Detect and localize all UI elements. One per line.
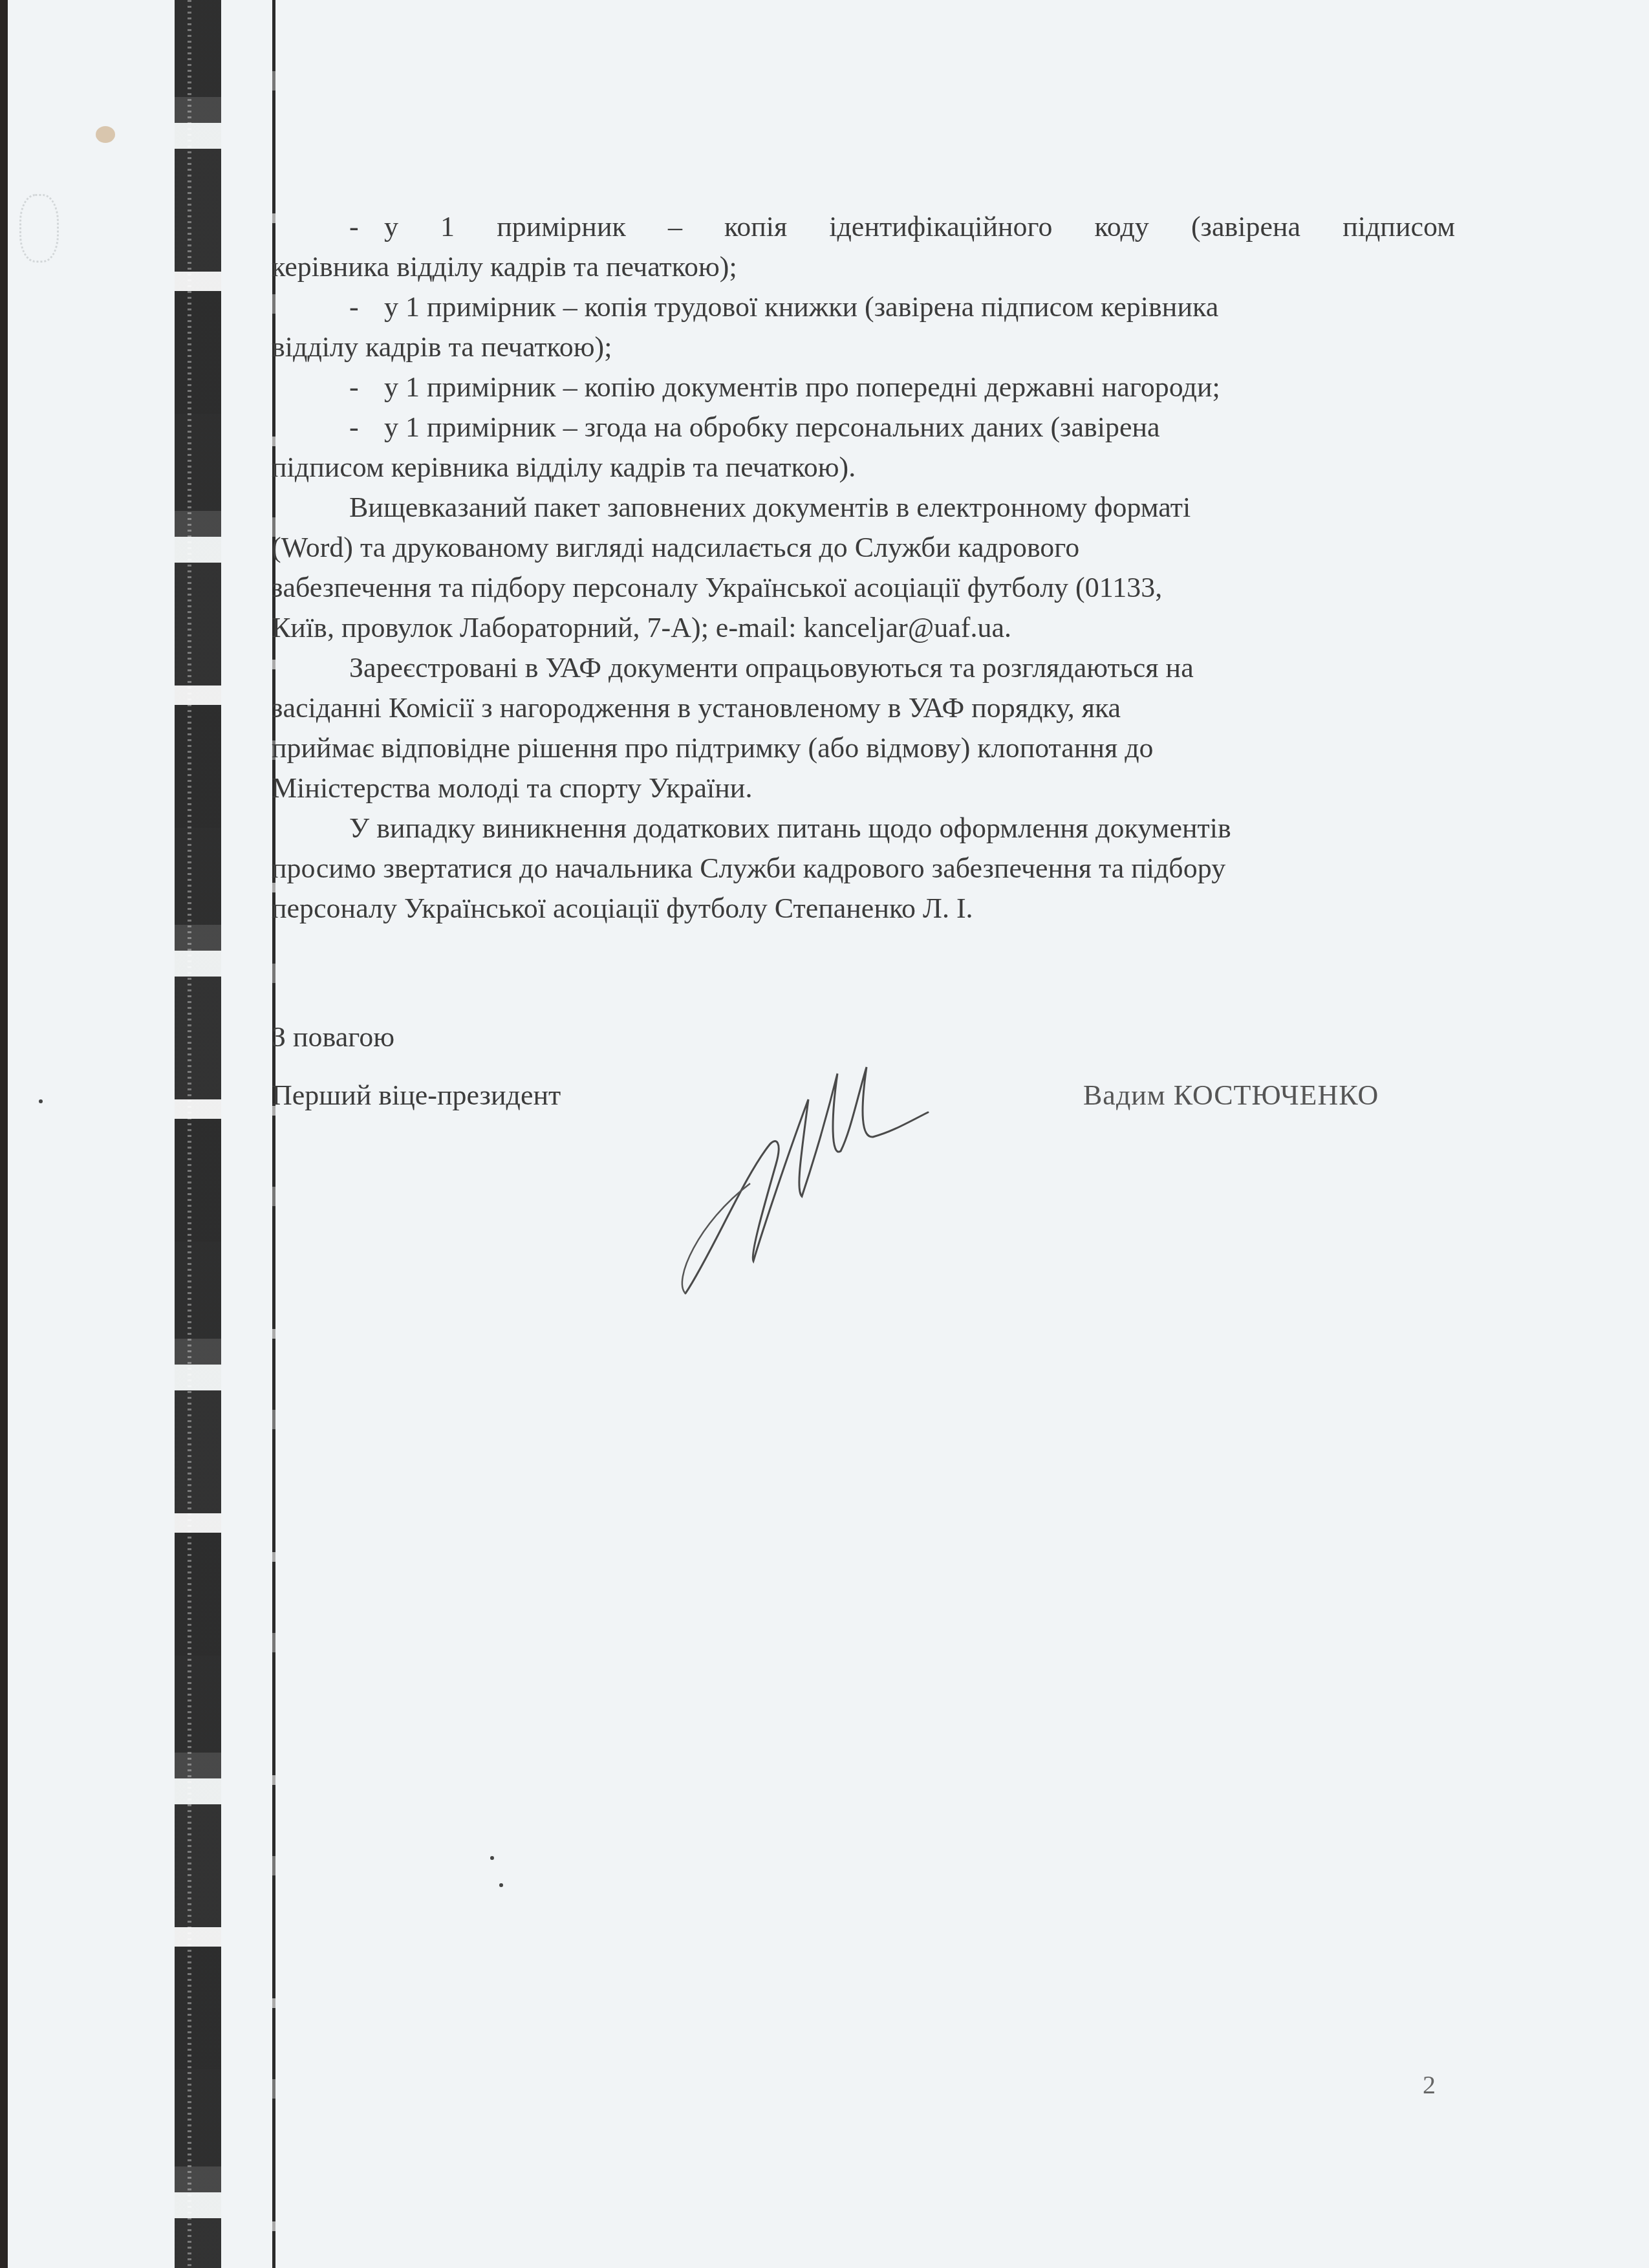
- paragraph-line: просимо звертатися до начальника Служби …: [272, 848, 1455, 889]
- scan-strip-texture: [188, 0, 191, 2268]
- scan-edge: [0, 0, 8, 2268]
- speck: [39, 1099, 43, 1103]
- paragraph-line: засіданні Комісії з нагородження в устан…: [272, 688, 1455, 728]
- bullet-text: відділу кадрів та печаткою);: [272, 327, 1455, 367]
- bullet-dash: -: [349, 407, 384, 448]
- bullet-dash: -: [349, 287, 384, 327]
- bullet-dash: -: [349, 207, 384, 247]
- paragraph-contact: У випадку виникнення додаткових питань щ…: [272, 808, 1455, 929]
- signer-title: Перший віце-президент: [272, 1079, 561, 1112]
- paragraph-line: Міністерства молоді та спорту України.: [272, 768, 1455, 808]
- speck: [490, 1856, 494, 1860]
- speck: [499, 1883, 503, 1887]
- signer-name: Вадим КОСТЮЧЕНКО: [1083, 1079, 1379, 1112]
- paragraph-line: персоналу Української асоціації футболу …: [272, 889, 1455, 929]
- paragraph-line: (Word) та друкованому вигляді надсилаєть…: [272, 528, 1455, 568]
- paragraph-line: забезпечення та підбору персоналу Україн…: [272, 568, 1455, 608]
- bullet-item: -у 1 примірник – копія ідентифікаційного…: [272, 207, 1455, 287]
- bullet-dash: -: [349, 367, 384, 407]
- bullet-text: у 1 примірник – копія трудової книжки (з…: [384, 291, 1218, 323]
- salutation: З повагою: [272, 1021, 394, 1053]
- page-number: 2: [1423, 2069, 1436, 2100]
- paper-stain: [96, 126, 115, 143]
- paragraph-line: У випадку виникнення додаткових питань щ…: [272, 808, 1455, 848]
- paragraph-review: Зареєстровані в УАФ документи опрацьовую…: [272, 648, 1455, 808]
- bullet-text: керівника відділу кадрів та печаткою);: [272, 247, 1455, 287]
- paragraph-line: Вищевказаний пакет заповнених документів…: [272, 488, 1455, 528]
- bullet-text: підписом керівника відділу кадрів та печ…: [272, 448, 1455, 488]
- paragraph-line: Зареєстровані в УАФ документи опрацьовую…: [272, 648, 1455, 688]
- bullet-item: -у 1 примірник – згода на обробку персон…: [272, 407, 1455, 488]
- scan-binding-strip: [175, 0, 221, 2268]
- paragraph-line: Київ, провулок Лабораторний, 7-А); e-mai…: [272, 608, 1455, 648]
- bullet-item: -у 1 примірник – копію документів про по…: [272, 367, 1455, 407]
- paragraph-submission: Вищевказаний пакет заповнених документів…: [272, 488, 1455, 648]
- bullet-item: -у 1 примірник – копія трудової книжки (…: [272, 287, 1455, 367]
- paragraph-line: приймає відповідне рішення про підтримку…: [272, 728, 1455, 768]
- handwritten-signature: [673, 1061, 944, 1306]
- bullet-text: у 1 примірник – копію документів про поп…: [384, 371, 1220, 403]
- bullet-text: у 1 примірник – копія ідентифікаційного …: [384, 211, 1455, 243]
- faint-mark: [19, 194, 59, 263]
- bullet-text: у 1 примірник – згода на обробку персона…: [384, 411, 1160, 443]
- letter-body: -у 1 примірник – копія ідентифікаційного…: [272, 207, 1455, 929]
